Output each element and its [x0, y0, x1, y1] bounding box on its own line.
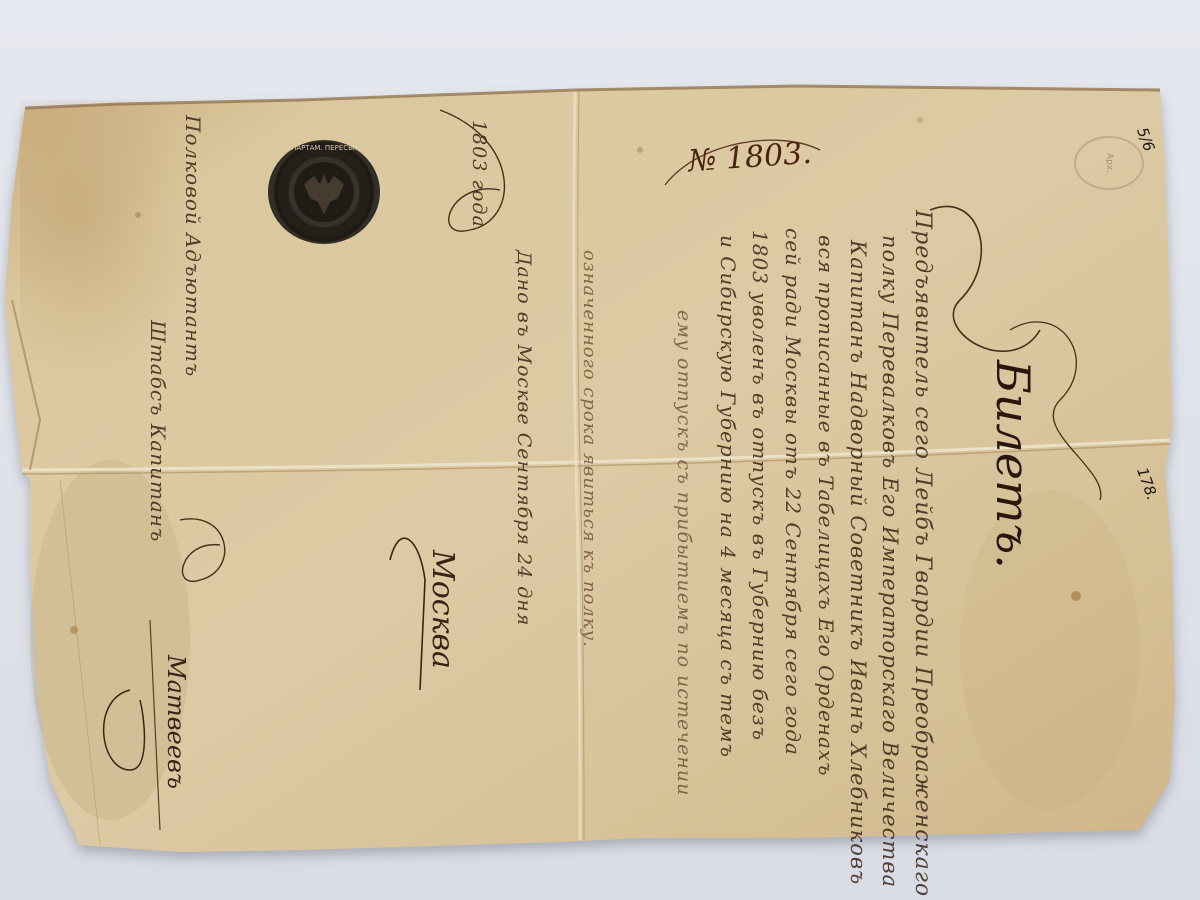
text-column-6: 1803 уволенъ въ отпускъ въ Губернию безъ [748, 230, 772, 741]
text-column-2: полку Перевалковъ Его Императорскаго Вел… [878, 235, 902, 888]
signature-2: Матвеевъ [162, 655, 190, 789]
text-column-3: Капитанъ Надворный Советникъ Иванъ Хлебн… [846, 240, 870, 885]
text-column-7: и Сибирскую Губернию на 4 месяца съ темъ [716, 235, 740, 758]
text-column-11: 1803 года [468, 120, 490, 228]
text-column-5: сей ради Москвы отъ 22 Сентября сего год… [781, 228, 805, 756]
document-photo: № 1803. Билетъ. Арх. 5/6 178. ДЕПАРТАМ. … [0, 0, 1200, 900]
left-column-2: Штабсъ Капитанъ [146, 320, 170, 542]
text-column-8: ему отпускъ съ прибытиемъ по истечении [673, 310, 695, 796]
document-title: Билетъ. [986, 360, 1040, 569]
text-column-10: Дано въ Москве Сентября 24 дня [513, 250, 535, 626]
official-seal-stamp: ДЕПАРТАМ. ПЕРЕСЫЛК. [268, 140, 380, 244]
archive-emboss-stamp: Арх. [1074, 136, 1144, 190]
text-column-4: вся прописанные въ Табелицахъ Его Ордена… [814, 235, 838, 777]
stamp-text: ДЕПАРТАМ. ПЕРЕСЫЛК. [268, 140, 380, 248]
left-column-1: Полковой Адъютантъ [181, 115, 205, 377]
text-column-1: Предъявитель сего Лейбъ Гвардии Преображ… [910, 210, 935, 897]
text-column-9: означенного срока явиться къ полку. [579, 250, 600, 648]
signature-1: Москва [425, 550, 460, 669]
